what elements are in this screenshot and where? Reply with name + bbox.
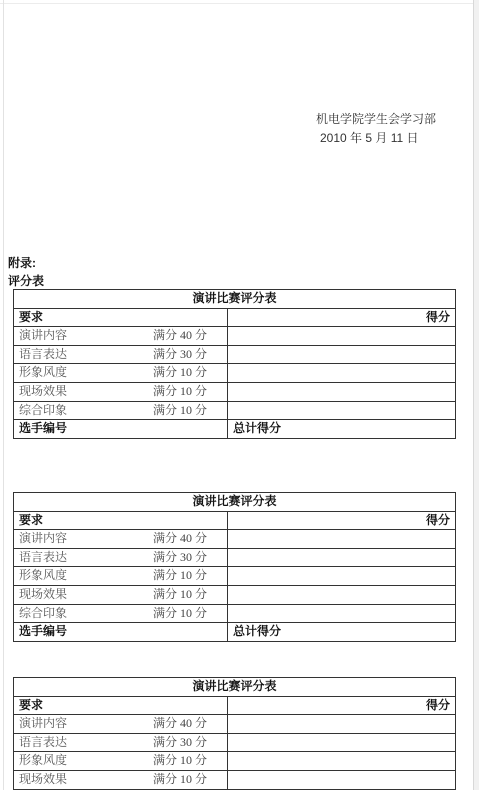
total-score-label: 总计得分 <box>228 420 456 439</box>
requirement-header: 要求 <box>14 308 228 327</box>
score-cell[interactable] <box>228 548 456 567</box>
criterion-cell: 演讲内容满分 40 分 <box>14 715 228 734</box>
criterion-name: 语言表达 <box>19 346 67 363</box>
table-row: 形象风度满分 10 分 <box>14 364 456 383</box>
contestant-number-label: 选手编号 <box>14 420 228 439</box>
criterion-cell: 形象风度满分 10 分 <box>14 567 228 586</box>
table-row: 形象风度满分 10 分 <box>14 752 456 771</box>
criterion-name: 现场效果 <box>19 383 67 400</box>
table-row: 现场效果满分 10 分 <box>14 585 456 604</box>
criterion-cell: 演讲内容满分 40 分 <box>14 530 228 549</box>
score-cell[interactable] <box>228 345 456 364</box>
criterion-cell: 语言表达满分 30 分 <box>14 548 228 567</box>
criterion-max: 满分 30 分 <box>153 346 207 363</box>
table-title: 演讲比赛评分表 <box>14 493 456 512</box>
criterion-cell: 演讲内容满分 40 分 <box>14 327 228 346</box>
criterion-max: 满分 10 分 <box>153 752 207 769</box>
table-title-row: 演讲比赛评分表 <box>14 290 456 309</box>
score-cell[interactable] <box>228 770 456 789</box>
criterion-max: 满分 30 分 <box>153 734 207 751</box>
table-row: 语言表达满分 30 分 <box>14 733 456 752</box>
page-edge-left <box>3 0 4 790</box>
criterion-name: 综合印象 <box>19 605 67 622</box>
table-title-row: 演讲比赛评分表 <box>14 678 456 697</box>
criterion-cell: 语言表达满分 30 分 <box>14 345 228 364</box>
table-row: 现场效果满分 10 分 <box>14 382 456 401</box>
appendix-subtitle: 评分表 <box>8 272 44 290</box>
criterion-max: 满分 40 分 <box>153 327 207 344</box>
criterion-cell: 语言表达满分 30 分 <box>14 733 228 752</box>
table-row: 现场效果满分 10 分 <box>14 770 456 789</box>
criterion-max: 满分 10 分 <box>153 605 207 622</box>
criterion-cell: 形象风度满分 10 分 <box>14 752 228 771</box>
score-cell[interactable] <box>228 715 456 734</box>
criterion-max: 满分 10 分 <box>153 383 207 400</box>
criterion-cell: 现场效果满分 10 分 <box>14 382 228 401</box>
requirement-header: 要求 <box>14 511 228 530</box>
score-cell[interactable] <box>228 401 456 420</box>
criterion-name: 形象风度 <box>19 567 67 584</box>
signature-block: 机电学院学生会学习部 2010 年 5 月 11 日 <box>316 110 436 148</box>
score-cell[interactable] <box>228 752 456 771</box>
score-table-3: 演讲比赛评分表 要求 得分 演讲内容满分 40 分 语言表达满分 30 分 形象… <box>13 677 456 790</box>
criterion-max: 满分 10 分 <box>153 567 207 584</box>
table-header-row: 要求 得分 <box>14 308 456 327</box>
score-header: 得分 <box>228 511 456 530</box>
table-row: 演讲内容满分 40 分 <box>14 530 456 549</box>
signature-organization: 机电学院学生会学习部 <box>316 110 436 129</box>
criterion-name: 综合印象 <box>19 402 67 419</box>
page-edge-right <box>473 0 479 790</box>
score-cell[interactable] <box>228 530 456 549</box>
page-edge-top <box>0 3 479 4</box>
criterion-max: 满分 30 分 <box>153 549 207 566</box>
criterion-max: 满分 40 分 <box>153 530 207 547</box>
criterion-cell: 形象风度满分 10 分 <box>14 364 228 383</box>
score-header: 得分 <box>228 308 456 327</box>
table-row: 综合印象满分 10 分 <box>14 604 456 623</box>
criterion-name: 语言表达 <box>19 734 67 751</box>
criterion-name: 现场效果 <box>19 771 67 788</box>
criterion-max: 满分 10 分 <box>153 771 207 788</box>
criterion-max: 满分 10 分 <box>153 402 207 419</box>
table-footer-row: 选手编号 总计得分 <box>14 623 456 642</box>
table-row: 演讲内容满分 40 分 <box>14 327 456 346</box>
signature-date: 2010 年 5 月 11 日 <box>316 129 436 148</box>
criterion-max: 满分 40 分 <box>153 715 207 732</box>
appendix-label: 附录: <box>8 254 44 272</box>
requirement-header: 要求 <box>14 696 228 715</box>
table-row: 综合印象满分 10 分 <box>14 401 456 420</box>
table-row: 语言表达满分 30 分 <box>14 548 456 567</box>
score-cell[interactable] <box>228 327 456 346</box>
criterion-max: 满分 10 分 <box>153 586 207 603</box>
total-score-label: 总计得分 <box>228 623 456 642</box>
criterion-name: 语言表达 <box>19 549 67 566</box>
score-cell[interactable] <box>228 604 456 623</box>
criterion-cell: 综合印象满分 10 分 <box>14 604 228 623</box>
criterion-cell: 现场效果满分 10 分 <box>14 585 228 604</box>
score-cell[interactable] <box>228 733 456 752</box>
table-footer-row: 选手编号 总计得分 <box>14 420 456 439</box>
score-cell[interactable] <box>228 364 456 383</box>
criterion-name: 形象风度 <box>19 752 67 769</box>
criterion-name: 现场效果 <box>19 586 67 603</box>
criterion-name: 形象风度 <box>19 364 67 381</box>
contestant-number-label: 选手编号 <box>14 623 228 642</box>
criterion-name: 演讲内容 <box>19 530 67 547</box>
criterion-cell: 现场效果满分 10 分 <box>14 770 228 789</box>
criterion-name: 演讲内容 <box>19 327 67 344</box>
table-title-row: 演讲比赛评分表 <box>14 493 456 512</box>
appendix-heading: 附录: 评分表 <box>8 254 44 290</box>
score-cell[interactable] <box>228 382 456 401</box>
criterion-max: 满分 10 分 <box>153 364 207 381</box>
score-table-2: 演讲比赛评分表 要求 得分 演讲内容满分 40 分 语言表达满分 30 分 形象… <box>13 492 456 642</box>
score-header: 得分 <box>228 696 456 715</box>
table-row: 演讲内容满分 40 分 <box>14 715 456 734</box>
table-header-row: 要求 得分 <box>14 696 456 715</box>
table-header-row: 要求 得分 <box>14 511 456 530</box>
table-title: 演讲比赛评分表 <box>14 290 456 309</box>
score-cell[interactable] <box>228 585 456 604</box>
table-title: 演讲比赛评分表 <box>14 678 456 697</box>
score-cell[interactable] <box>228 567 456 586</box>
score-table-1: 演讲比赛评分表 要求 得分 演讲内容满分 40 分 语言表达满分 30 分 形象… <box>13 289 456 439</box>
table-row: 形象风度满分 10 分 <box>14 567 456 586</box>
table-row: 语言表达满分 30 分 <box>14 345 456 364</box>
criterion-cell: 综合印象满分 10 分 <box>14 401 228 420</box>
criterion-name: 演讲内容 <box>19 715 67 732</box>
